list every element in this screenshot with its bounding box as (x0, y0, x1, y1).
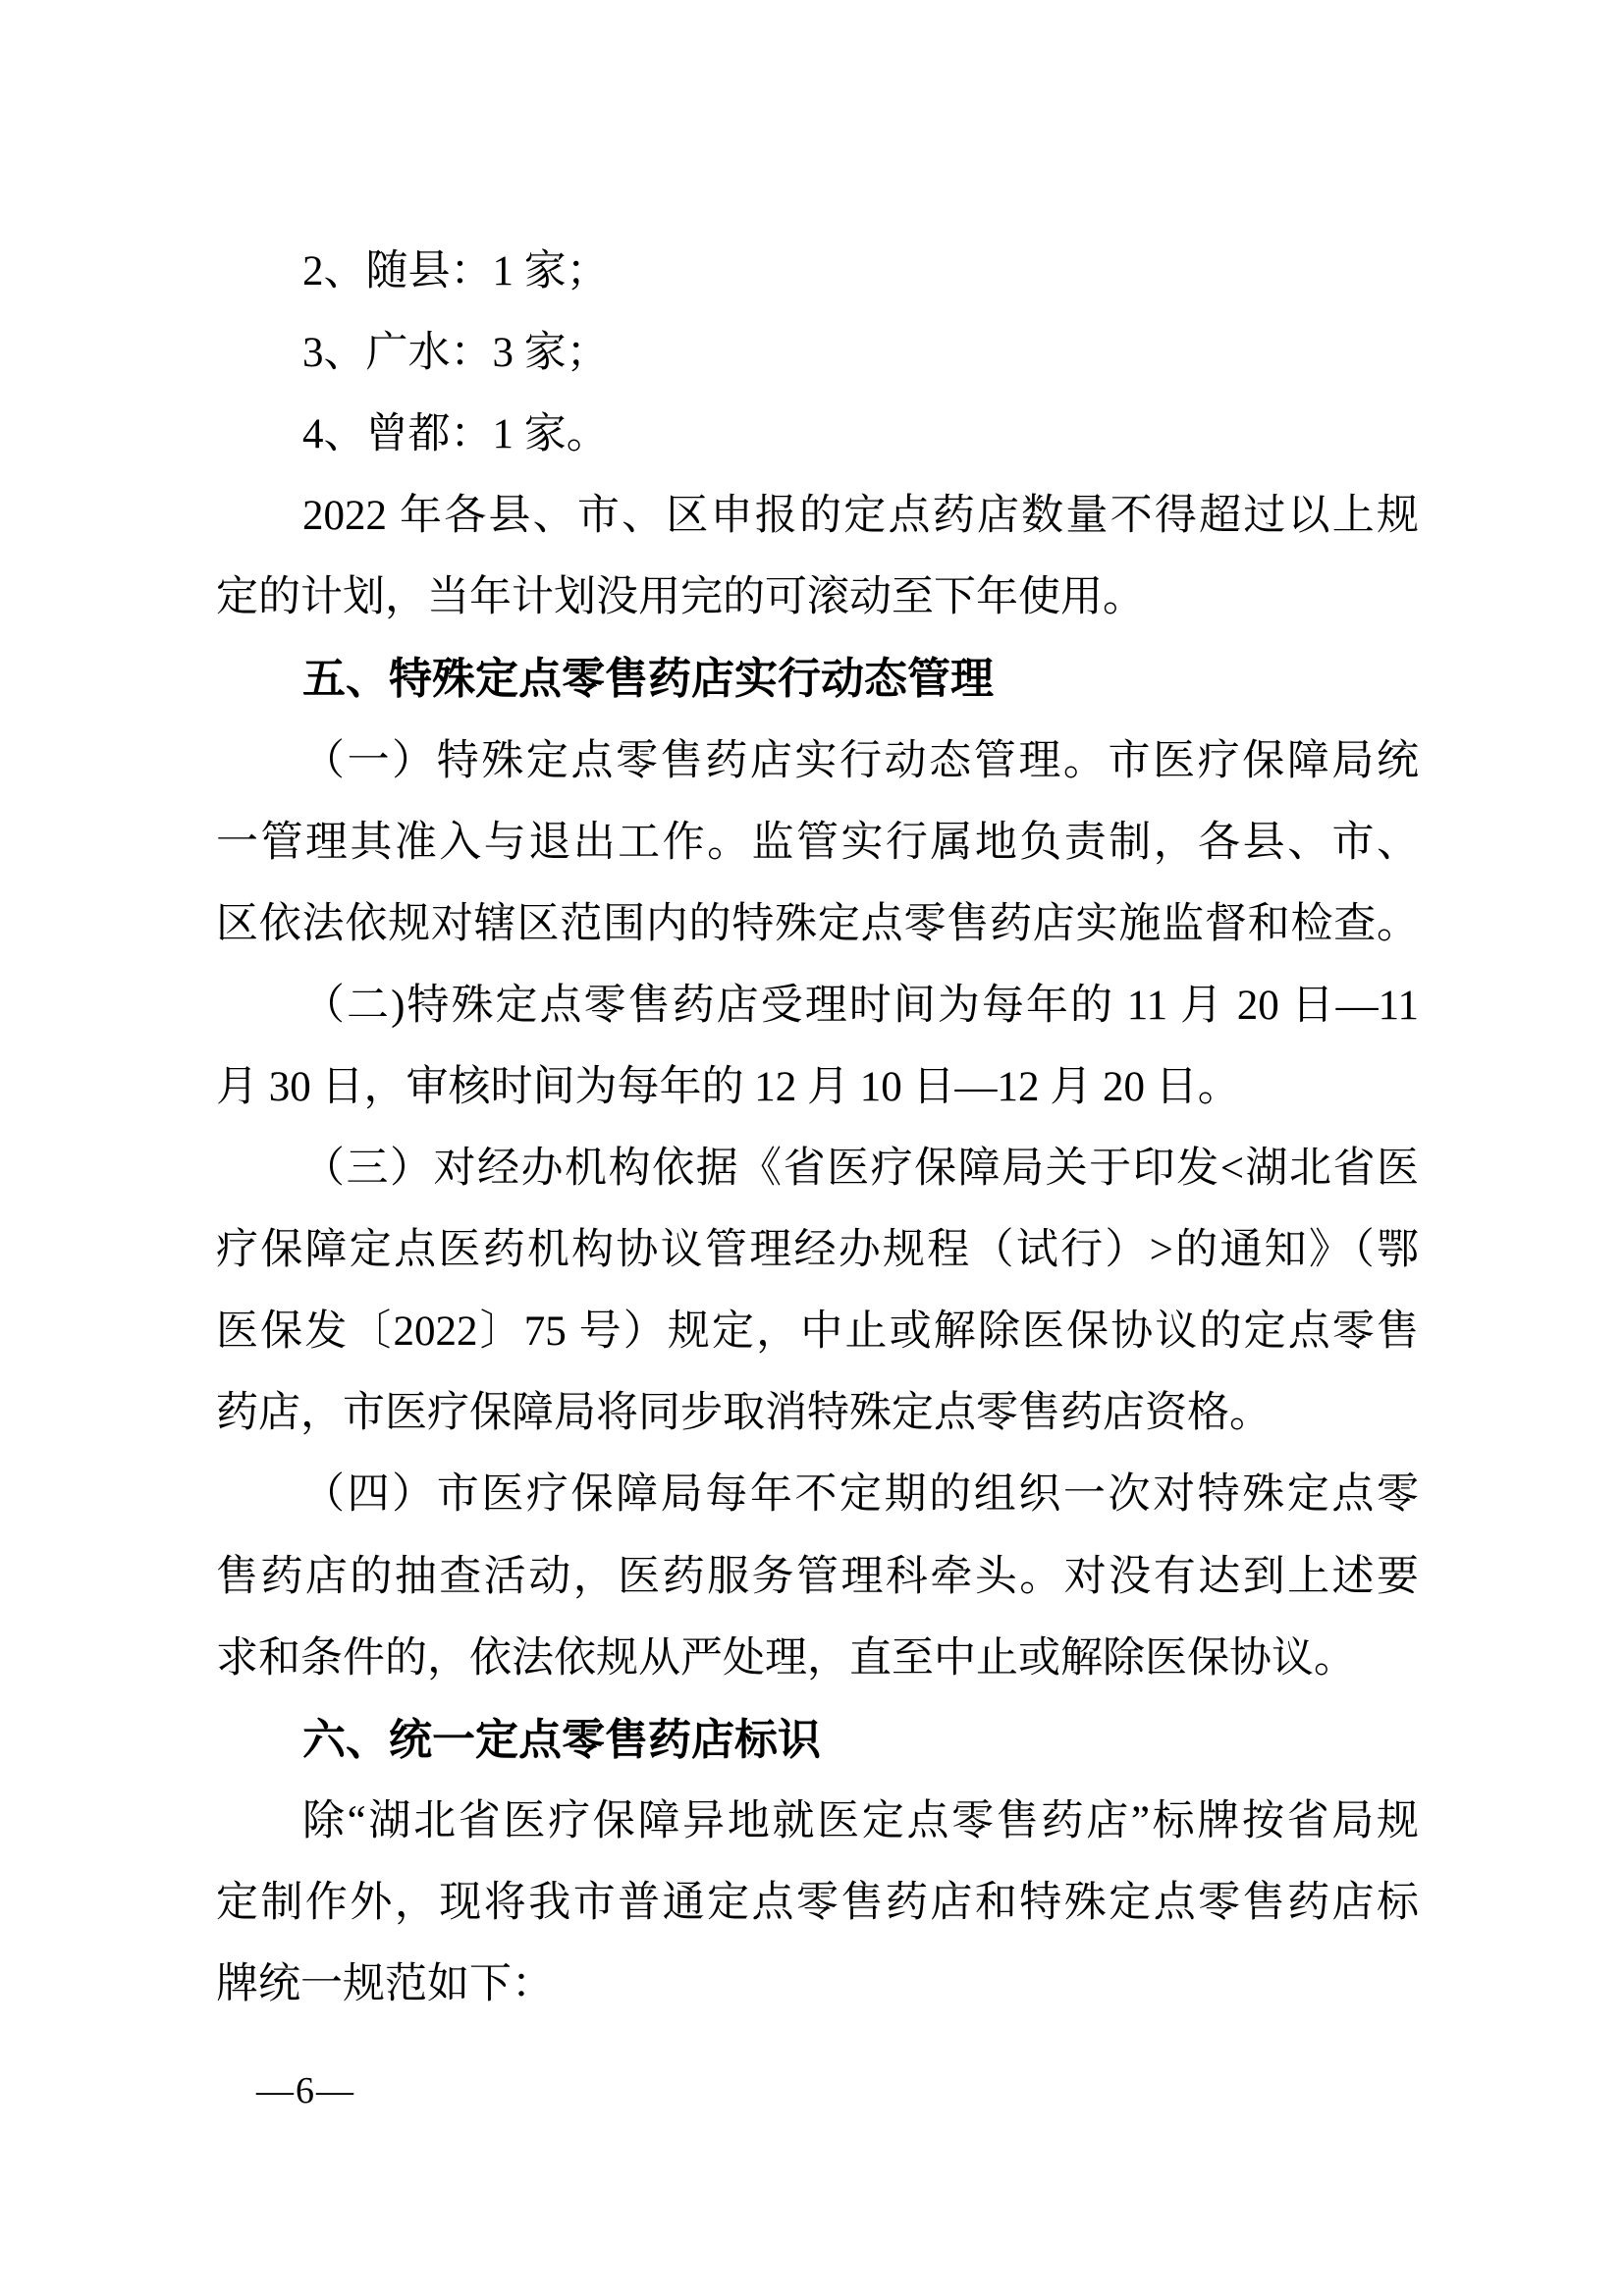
list-item: 3、广水：3 家； (216, 312, 1419, 394)
document-body: 2、随县：1 家； 3、广水：3 家； 4、曾都：1 家。 2022 年各县、市… (216, 231, 1419, 2025)
document-page: 2、随县：1 家； 3、广水：3 家； 4、曾都：1 家。 2022 年各县、市… (0, 0, 1624, 2296)
paragraph-line: 月 30 日，审核时间为每年的 12 月 10 日—12 月 20 日。 (216, 1046, 1419, 1128)
paragraph-line: （二)特殊定点零售药店受理时间为每年的 11 月 20 日—11 (216, 965, 1419, 1046)
paragraph-line: 除“湖北省医疗保障异地就医定点零售药店”标牌按省局规 (216, 1781, 1419, 1862)
paragraph-line: 区依法依规对辖区范围内的特殊定点零售药店实施监督和检查。 (216, 883, 1419, 965)
paragraph-line: （三）对经办机构依据《省医疗保障局关于印发<湖北省医 (216, 1128, 1419, 1209)
paragraph-line: 牌统一规范如下： (216, 1944, 1419, 2025)
paragraph-line: 定制作外，现将我市普通定点零售药店和特殊定点零售药店标 (216, 1862, 1419, 1944)
paragraph-line: 医保发〔2022〕75 号）规定，中止或解除医保协议的定点零售 (216, 1291, 1419, 1372)
paragraph-line: 售药店的抽查活动，医药服务管理科牵头。对没有达到上述要 (216, 1536, 1419, 1618)
paragraph-line: 疗保障定点医药机构协议管理经办规程（试行）>的通知》（鄂 (216, 1209, 1419, 1291)
page-number: —6— (256, 2063, 355, 2118)
section-5-heading: 五、特殊定点零售药店实行动态管理 (216, 638, 1419, 720)
paragraph-line: 求和条件的，依法依规从严处理，直至中止或解除医保协议。 (216, 1618, 1419, 1699)
paragraph-line: （四）市医疗保障局每年不定期的组织一次对特殊定点零 (216, 1454, 1419, 1535)
list-item: 2、随县：1 家； (216, 231, 1419, 312)
paragraph-line: 药店，市医疗保障局将同步取消特殊定点零售药店资格。 (216, 1372, 1419, 1454)
list-item: 4、曾都：1 家。 (216, 394, 1419, 475)
paragraph-line: 定的计划，当年计划没用完的可滚动至下年使用。 (216, 557, 1419, 638)
paragraph-line: 2022 年各县、市、区申报的定点药店数量不得超过以上规 (216, 475, 1419, 557)
paragraph-line: （一）特殊定点零售药店实行动态管理。市医疗保障局统 (216, 721, 1419, 802)
section-6-heading: 六、统一定点零售药店标识 (216, 1699, 1419, 1781)
paragraph-line: 一管理其准入与退出工作。监管实行属地负责制，各县、市、 (216, 802, 1419, 883)
